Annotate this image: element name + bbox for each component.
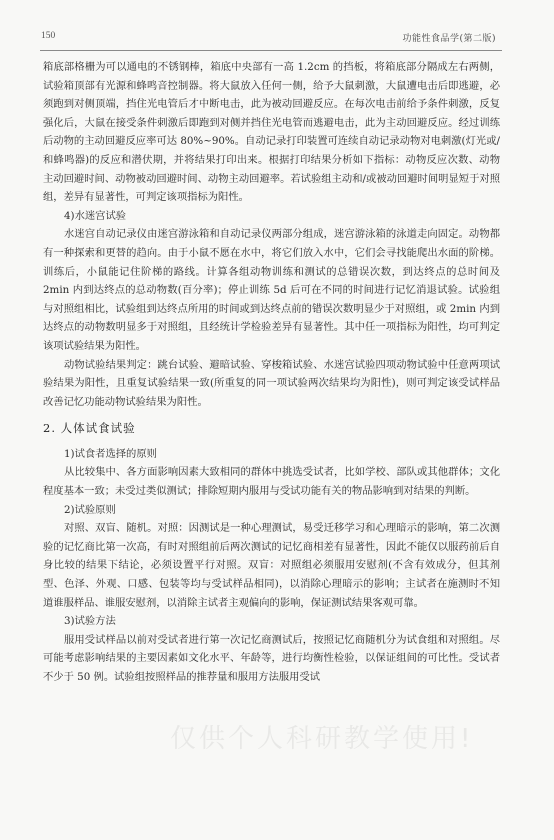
running-header: 150 功能性食品学(第二版) xyxy=(40,28,502,51)
paragraph-animal-result: 动物试验结果判定：跳台试验、避暗试验、穿梭箱试验、水迷宫试验四项动物试验中任意两… xyxy=(43,356,500,412)
subheading-subject-selection: 1)试食者选择的原则 xyxy=(43,445,500,464)
subheading-water-maze: 4)水迷宫试验 xyxy=(43,207,500,226)
paragraph-trial-principle: 对照、双盲、随机。对照：因测试是一种心理测试，易受迁移学习和心理暗示的影响，第二… xyxy=(43,519,500,612)
page-number: 150 xyxy=(41,31,55,41)
paragraph-trial-method: 服用受试样品以前对受试者进行第一次记忆商测试后，按照记忆商随机分为试食组和对照组… xyxy=(43,631,500,687)
body-text: 箱底部格栅为可以通电的不锈钢棒，箱底中央部有一高 1.2cm 的挡板，将箱底部分… xyxy=(43,58,500,687)
paragraph-water-maze: 水迷宫自动记录仪由迷宫游泳箱和自动记录仪两部分组成，迷宫游泳箱的泳道走向固定。动… xyxy=(43,225,500,355)
document-page: 150 功能性食品学(第二版) 箱底部格栅为可以通电的不锈钢棒，箱底中央部有一高… xyxy=(0,0,554,840)
subheading-trial-method: 3)试验方法 xyxy=(43,612,500,631)
book-title: 功能性食品学(第二版) xyxy=(402,31,496,44)
paragraph-shuttle-box: 箱底部格栅为可以通电的不锈钢棒，箱底中央部有一高 1.2cm 的挡板，将箱底部分… xyxy=(43,58,500,207)
section-title-human-trial: 2. 人体试食试验 xyxy=(43,419,500,438)
watermark: 仅供个人科研教学使用! xyxy=(170,718,473,755)
paragraph-subject-selection: 从比较集中、各方面影响因素大致相同的群体中挑选受试者，比如学校、部队或其他群体；… xyxy=(43,463,500,500)
subheading-trial-principle: 2)试验原则 xyxy=(43,501,500,520)
